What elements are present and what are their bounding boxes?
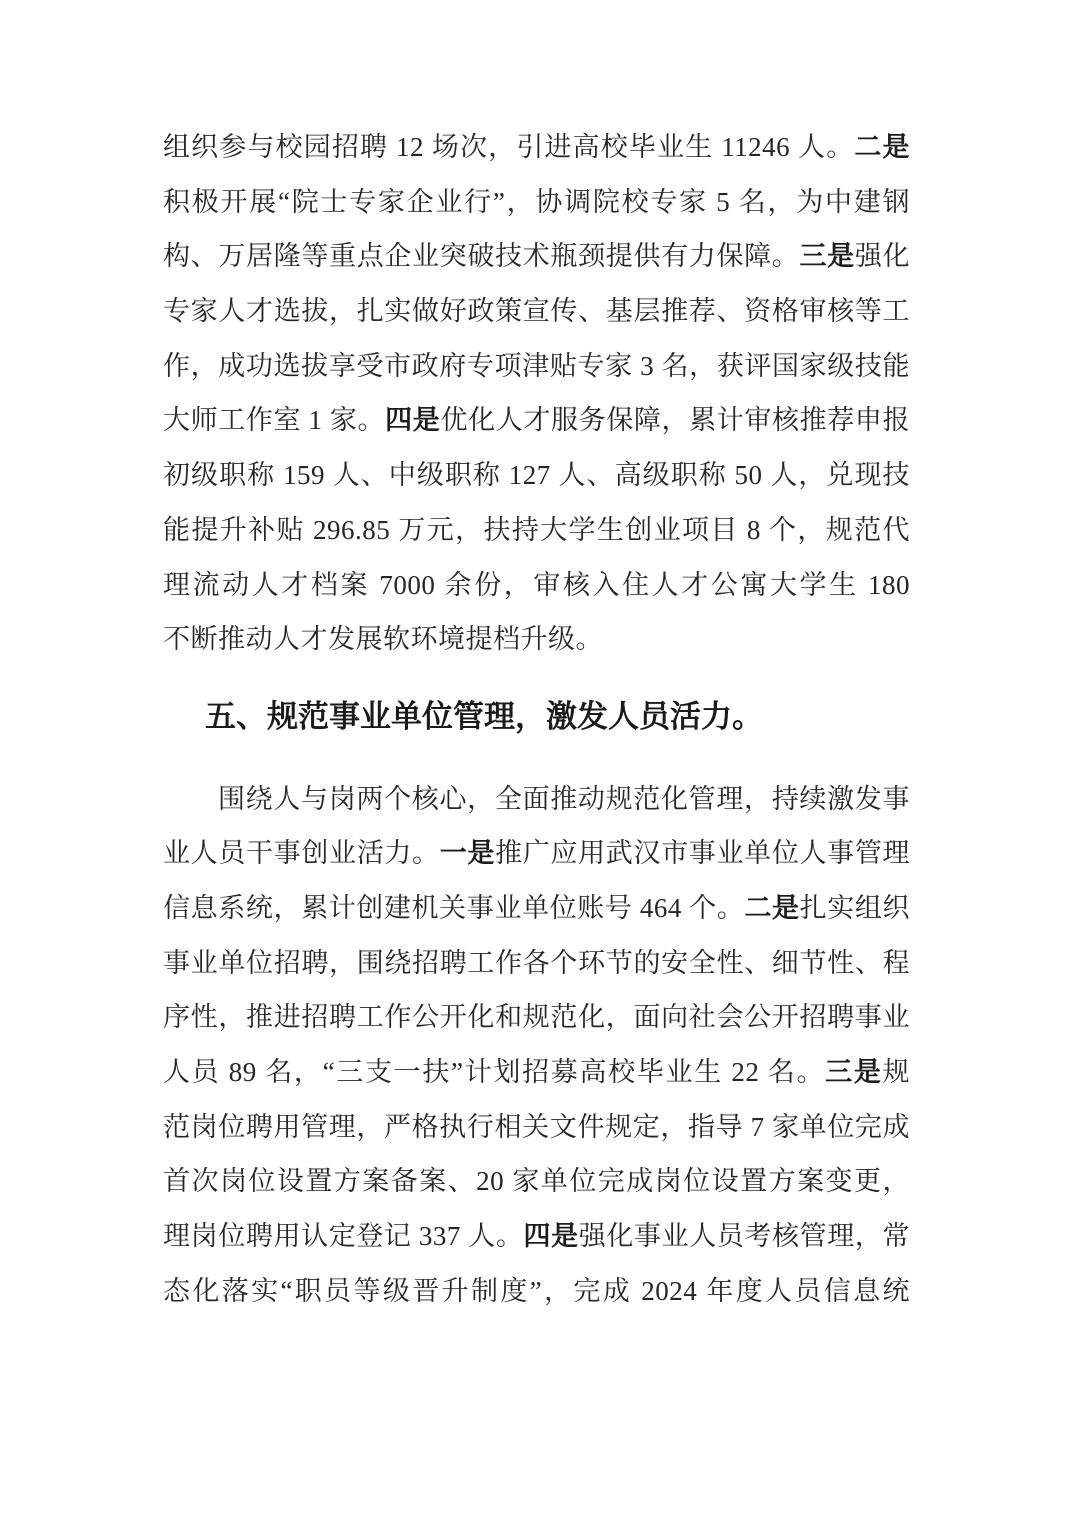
section-heading: 五、规范事业单位管理，激发人员活力。 xyxy=(163,690,910,745)
bold-marker-run: 四是 xyxy=(524,1221,579,1251)
bold-marker-run: 二是 xyxy=(854,132,910,162)
text-run: 序性，推进招聘工作公开化和规范化，面向社会公开招聘事业 xyxy=(163,1002,910,1032)
text-line: 积极开展“院士专家企业行”，协调院校专家 5 名，为中建钢 xyxy=(163,175,910,230)
text-run: 围绕人与岗两个核心，全面推动规范化管理，持续激发事 xyxy=(218,784,910,814)
text-line: 首次岗位设置方案备案、20 家单位完成岗位设置方案变更，办 xyxy=(163,1154,910,1209)
bold-marker-run: 三是 xyxy=(825,1057,882,1087)
text-run: 大师工作室 1 家。 xyxy=(163,405,385,435)
text-line: 态化落实“职员等级晋升制度”，完成 2024 年度人员信息统 xyxy=(163,1264,910,1319)
text-run: 首次岗位设置方案备案、20 家单位完成岗位设置方案变更，办 xyxy=(163,1166,910,1209)
text-run: 业人员干事创业活力。 xyxy=(163,838,440,868)
text-run: 作，成功选拔享受市政府专项津贴专家 3 名，获评国家级技能 xyxy=(163,351,910,381)
text-run: 构、万居隆等重点企业突破技术瓶颈提供有力保障。 xyxy=(163,241,799,271)
text-run: 强化事业人员考核管理，常 xyxy=(579,1221,910,1251)
paragraph: 围绕人与岗两个核心，全面推动规范化管理，持续激发事业人员干事创业活力。一是推广应… xyxy=(163,772,910,1319)
text-run: 规 xyxy=(883,1057,910,1087)
text-run: 优化人才服务保障，累计审核推荐申报 xyxy=(440,405,910,435)
text-run: 扎实组织 xyxy=(800,893,910,923)
text-line: 业人员干事创业活力。一是推广应用武汉市事业单位人事管理 xyxy=(163,826,910,881)
text-line: 不断推动人才发展软环境提档升级。 xyxy=(163,612,910,667)
bold-marker-run: 四是 xyxy=(385,405,440,435)
bold-marker-run: 二是 xyxy=(744,893,799,923)
text-line: 围绕人与岗两个核心，全面推动规范化管理，持续激发事 xyxy=(163,772,910,827)
text-run: 能提升补贴 296.85 万元，扶持大学生创业项目 8 个，规范代 xyxy=(163,515,910,545)
text-run: 信息系统，累计创建机关事业单位账号 464 个。 xyxy=(163,893,744,923)
text-line: 能提升补贴 296.85 万元，扶持大学生创业项目 8 个，规范代 xyxy=(163,503,910,558)
text-run: 积极开展“院士专家企业行”，协调院校专家 5 名，为中建钢 xyxy=(163,187,910,217)
text-line: 理流动人才档案 7000 余份，审核入住人才公寓大学生 180 名， xyxy=(163,558,910,613)
text-line: 理岗位聘用认定登记 337 人。四是强化事业人员考核管理，常 xyxy=(163,1209,910,1264)
text-line: 范岗位聘用管理，严格执行相关文件规定，指导 7 家单位完成 xyxy=(163,1100,910,1155)
document-content: 组织参与校园招聘 12 场次，引进高校毕业生 11246 人。二是积极开展“院士… xyxy=(163,120,910,1318)
text-line: 事业单位招聘，围绕招聘工作各个环节的安全性、细节性、程 xyxy=(163,936,910,991)
text-run: 推广应用武汉市事业单位人事管理 xyxy=(495,838,910,868)
text-line: 构、万居隆等重点企业突破技术瓶颈提供有力保障。三是强化 xyxy=(163,229,910,284)
text-run: 不断推动人才发展软环境提档升级。 xyxy=(163,624,603,654)
text-run: 理流动人才档案 7000 余份，审核入住人才公寓大学生 180 名， xyxy=(163,570,910,613)
text-line: 信息系统，累计创建机关事业单位账号 464 个。二是扎实组织 xyxy=(163,881,910,936)
text-run: 范岗位聘用管理，严格执行相关文件规定，指导 7 家单位完成 xyxy=(163,1112,910,1142)
text-line: 组织参与校园招聘 12 场次，引进高校毕业生 11246 人。二是 xyxy=(163,120,910,175)
text-line: 专家人才选拔，扎实做好政策宣传、基层推荐、资格审核等工 xyxy=(163,284,910,339)
text-line: 序性，推进招聘工作公开化和规范化，面向社会公开招聘事业 xyxy=(163,990,910,1045)
text-run: 人员 89 名，“三支一扶”计划招募高校毕业生 22 名。 xyxy=(163,1057,825,1087)
text-line: 大师工作室 1 家。四是优化人才服务保障，累计审核推荐申报 xyxy=(163,393,910,448)
text-run: 强化 xyxy=(855,241,910,271)
document-page: 组织参与校园招聘 12 场次，引进高校毕业生 11246 人。二是积极开展“院士… xyxy=(0,0,1075,1521)
text-run: 理岗位聘用认定登记 337 人。 xyxy=(163,1221,524,1251)
bold-marker-run: 三是 xyxy=(799,241,854,271)
text-run: 事业单位招聘，围绕招聘工作各个环节的安全性、细节性、程 xyxy=(163,948,910,978)
paragraph: 组织参与校园招聘 12 场次，引进高校毕业生 11246 人。二是积极开展“院士… xyxy=(163,120,910,667)
text-run: 态化落实“职员等级晋升制度”，完成 2024 年度人员信息统 xyxy=(163,1276,910,1306)
text-line: 初级职称 159 人、中级职称 127 人、高级职称 50 人，兑现技 xyxy=(163,448,910,503)
bold-marker-run: 一是 xyxy=(440,838,495,868)
text-run: 组织参与校园招聘 12 场次，引进高校毕业生 11246 人。 xyxy=(163,132,854,162)
text-run: 初级职称 159 人、中级职称 127 人、高级职称 50 人，兑现技 xyxy=(163,460,910,490)
text-line: 人员 89 名，“三支一扶”计划招募高校毕业生 22 名。三是规 xyxy=(163,1045,910,1100)
text-run: 专家人才选拔，扎实做好政策宣传、基层推荐、资格审核等工 xyxy=(163,296,910,326)
text-line: 作，成功选拔享受市政府专项津贴专家 3 名，获评国家级技能 xyxy=(163,339,910,394)
